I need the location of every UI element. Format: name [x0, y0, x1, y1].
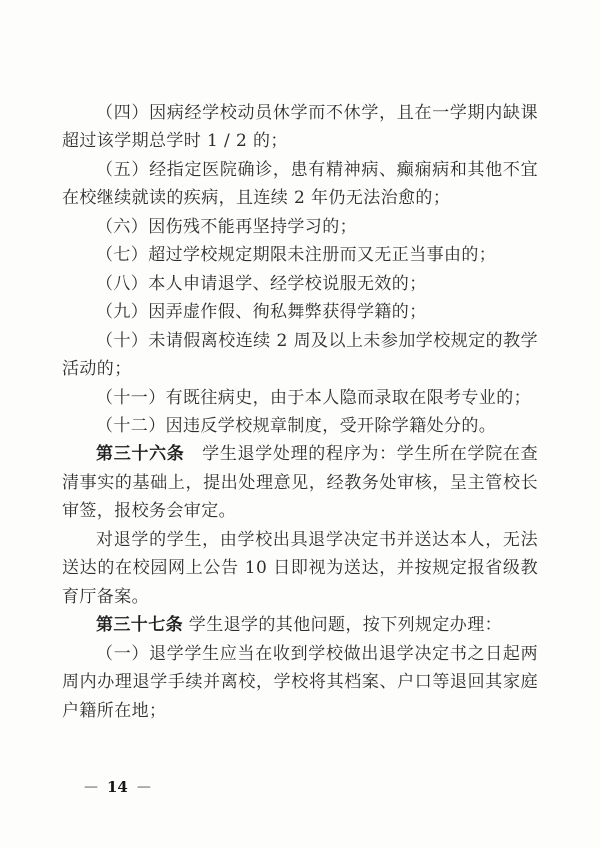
- page-footer: — 14 —: [84, 778, 151, 796]
- article-number: 第三十六条: [96, 444, 184, 464]
- body-paragraph: （十）未请假离校连续 2 周及以上未参加学校规定的教学活动的；: [62, 327, 538, 384]
- footer-dash-left: —: [84, 779, 98, 795]
- body-paragraph: （四）因病经学校动员休学而不休学，且在一学期内缺课超过该学期总学时 1 / 2 …: [62, 99, 538, 156]
- body-paragraph: （七）超过学校规定期限未注册而又无正当事由的；: [62, 241, 538, 269]
- page-number: 14: [107, 778, 128, 796]
- document-page: （四）因病经学校动员休学而不休学，且在一学期内缺课超过该学期总学时 1 / 2 …: [0, 0, 600, 848]
- body-paragraph: 对退学的学生，由学校出具退学决定书并送达本人，无法送达的在校园网上公告 10 日…: [62, 526, 538, 611]
- body-paragraph: （十二）因违反学校规章制度，受开除学籍处分的。: [62, 412, 538, 440]
- body-paragraph: （十一）有既往病史，由于本人隐而录取在限考专业的；: [62, 384, 538, 412]
- body-paragraph: （八）本人申请退学、经学校说服无效的；: [62, 270, 538, 298]
- article-number: 第三十七条: [96, 615, 183, 635]
- body-paragraph: （九）因弄虚作假、徇私舞弊获得学籍的；: [62, 298, 538, 326]
- body-paragraph: （六）因伤残不能再坚持学习的；: [62, 213, 538, 241]
- article-paragraph: 第三十六条 学生退学处理的程序为：学生所在学院在查清事实的基础上，提出处理意见，…: [62, 440, 538, 525]
- body-paragraph: （一）退学学生应当在收到学校做出退学决定书之日起两周内办理退学手续并离校，学校将…: [62, 640, 538, 725]
- document-body: （四）因病经学校动员休学而不休学，且在一学期内缺课超过该学期总学时 1 / 2 …: [62, 99, 538, 725]
- footer-dash-right: —: [137, 779, 151, 795]
- body-paragraph: （五）经指定医院确诊，患有精神病、癫痫病和其他不宜在校继续就读的疾病，且连续 2…: [62, 156, 538, 213]
- article-paragraph: 第三十七条 学生退学的其他问题，按下列规定办理：: [62, 611, 538, 639]
